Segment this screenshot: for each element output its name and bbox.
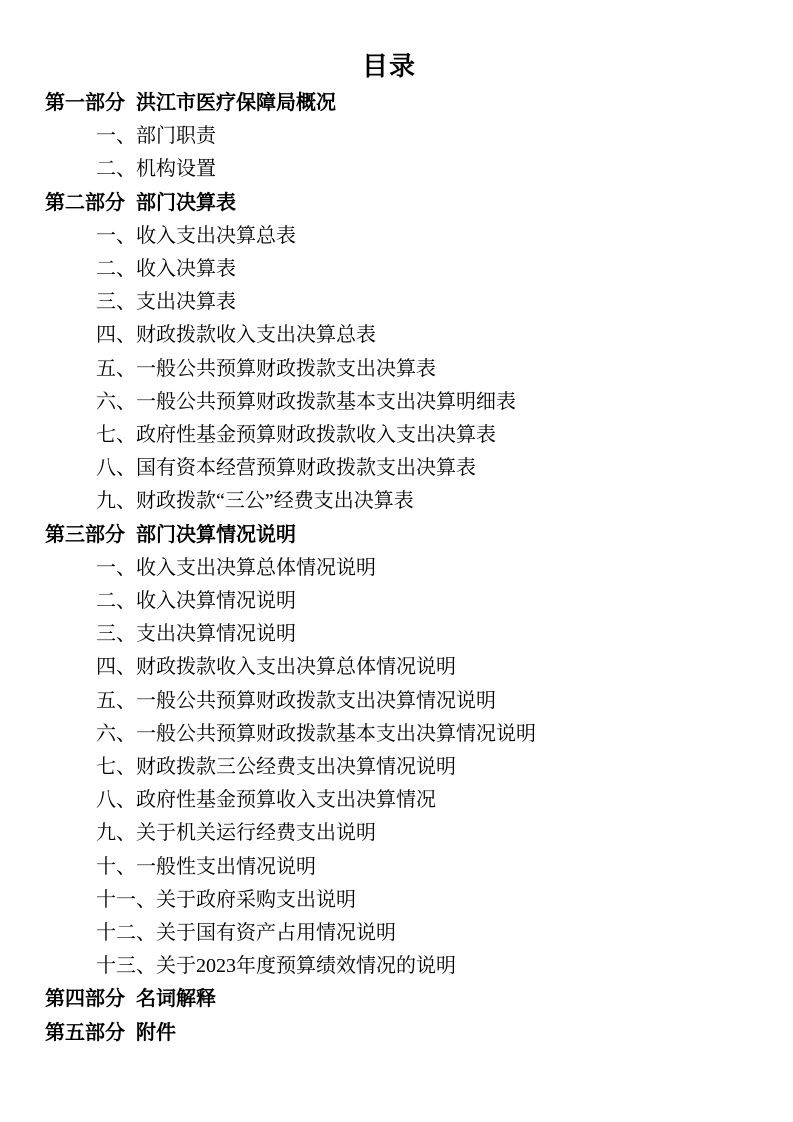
- toc-entry: 二、收入决算情况说明: [45, 585, 733, 618]
- toc-entry: 八、政府性基金预算收入支出决算情况: [45, 784, 733, 817]
- document-page: 目录 第一部分洪江市医疗保障局概况 一、部门职责 二、机构设置 第二部分部门决算…: [0, 0, 793, 1122]
- toc-entry: 四、财政拨款收入支出决算总表: [45, 319, 733, 352]
- part-title: 部门决算表: [136, 192, 236, 214]
- toc-entry: 五、一般公共预算财政拨款支出决算情况说明: [45, 685, 733, 718]
- part-title: 部门决算情况说明: [136, 524, 296, 546]
- part-label: 第五部分: [45, 1022, 125, 1044]
- toc-part-heading-5: 第五部分附件: [45, 1017, 733, 1050]
- part-label: 第三部分: [45, 524, 125, 546]
- toc-entry: 二、机构设置: [45, 153, 733, 186]
- toc-entry: 七、财政拨款三公经费支出决算情况说明: [45, 751, 733, 784]
- toc-part-heading-1: 第一部分洪江市医疗保障局概况: [45, 87, 733, 120]
- toc-entry: 一、部门职责: [45, 120, 733, 153]
- toc-entry: 十三、关于2023年度预算绩效情况的说明: [45, 950, 733, 983]
- toc-entry: 一、收入支出决算总体情况说明: [45, 552, 733, 585]
- toc-entry: 十、一般性支出情况说明: [45, 851, 733, 884]
- part-label: 第一部分: [45, 92, 125, 114]
- toc-entry: 六、一般公共预算财政拨款基本支出决算明细表: [45, 386, 733, 419]
- table-of-contents: 第一部分洪江市医疗保障局概况 一、部门职责 二、机构设置 第二部分部门决算表 一…: [45, 87, 733, 1050]
- toc-entry: 九、财政拨款“三公”经费支出决算表: [45, 485, 733, 518]
- toc-part-heading-4: 第四部分名词解释: [45, 983, 733, 1016]
- part-title: 洪江市医疗保障局概况: [136, 92, 336, 114]
- toc-entry: 三、支出决算表: [45, 286, 733, 319]
- toc-entry: 一、收入支出决算总表: [45, 220, 733, 253]
- toc-entry: 二、收入决算表: [45, 253, 733, 286]
- toc-entry: 九、关于机关运行经费支出说明: [45, 817, 733, 850]
- part-label: 第四部分: [45, 988, 125, 1010]
- toc-entry: 四、财政拨款收入支出决算总体情况说明: [45, 651, 733, 684]
- toc-entry: 三、支出决算情况说明: [45, 618, 733, 651]
- toc-part-heading-2: 第二部分部门决算表: [45, 187, 733, 220]
- toc-entry: 五、一般公共预算财政拨款支出决算表: [45, 353, 733, 386]
- toc-entry: 六、一般公共预算财政拨款基本支出决算情况说明: [45, 718, 733, 751]
- toc-entry: 八、国有资本经营预算财政拨款支出决算表: [45, 452, 733, 485]
- page-title: 目录: [45, 46, 733, 86]
- toc-entry: 七、政府性基金预算财政拨款收入支出决算表: [45, 419, 733, 452]
- toc-entry: 十一、关于政府采购支出说明: [45, 884, 733, 917]
- part-title: 名词解释: [136, 988, 216, 1010]
- part-label: 第二部分: [45, 192, 125, 214]
- toc-entry: 十二、关于国有资产占用情况说明: [45, 917, 733, 950]
- part-title: 附件: [136, 1022, 176, 1044]
- toc-part-heading-3: 第三部分部门决算情况说明: [45, 519, 733, 552]
